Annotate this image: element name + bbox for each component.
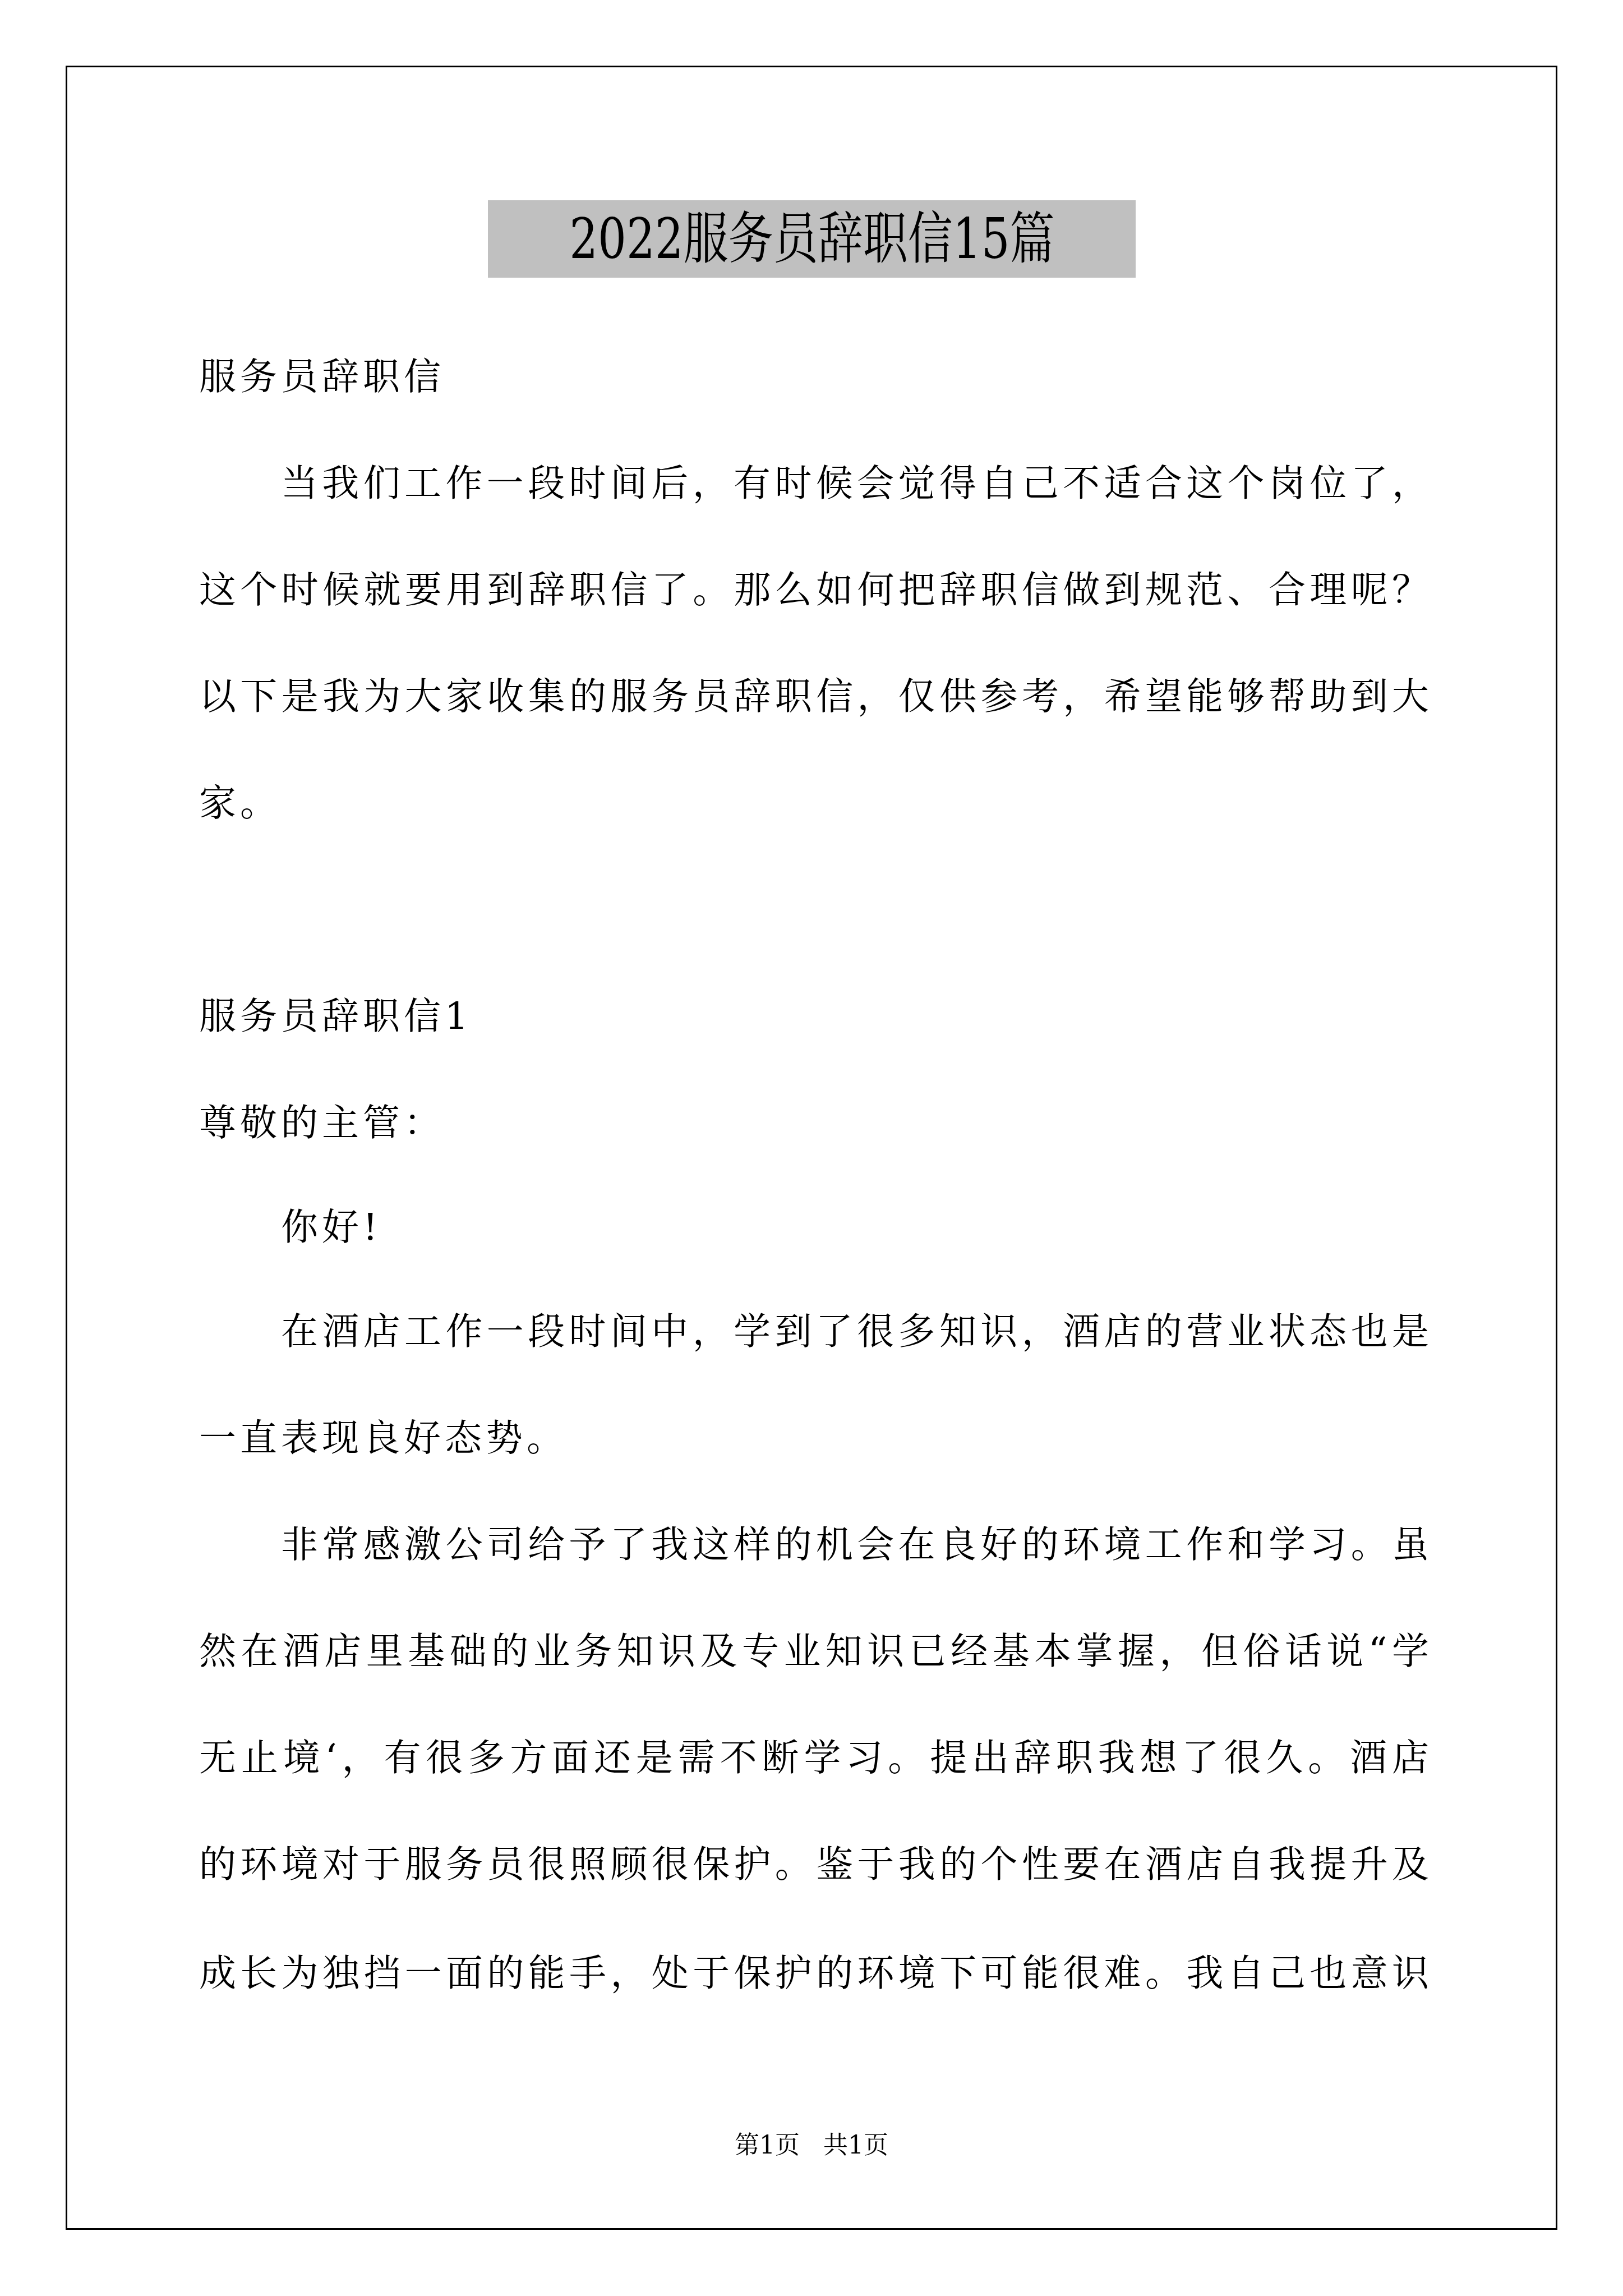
letter-paragraph-line: 的环境对于服务员很照顾很保护。鉴于我的个性要在酒店自我提升及 <box>199 1842 1433 1887</box>
letter-paragraph-line: 非常感激公司给予了我这样的机会在良好的环境工作和学习。虽 <box>281 1522 1433 1567</box>
intro-paragraph-line: 家。 <box>199 781 1433 826</box>
letter-paragraph-line: 无止境‘，有很多方面还是需不断学习。提出辞职我想了很久。酒店 <box>199 1736 1433 1780</box>
letter-heading: 服务员辞职信1 <box>199 994 1433 1039</box>
intro-paragraph-line: 当我们工作一段时间后，有时候会觉得自己不适合这个岗位了， <box>281 461 1433 506</box>
letter-paragraph-line: 然在酒店里基础的业务知识及专业知识已经基本掌握，但俗话说“学 <box>199 1629 1433 1674</box>
page-number-footer: 第1页 共1页 <box>0 2129 1623 2162</box>
intro-paragraph-line: 以下是我为大家收集的服务员辞职信，仅供参考，希望能够帮助到大 <box>199 674 1433 719</box>
letter-paragraph-line: 成长为独挡一面的能手，处于保护的环境下可能很难。我自己也意识 <box>199 1951 1433 1996</box>
letter-greeting: 你好! <box>281 1205 1515 1250</box>
intro-paragraph-line: 这个时候就要用到辞职信了。那么如何把辞职信做到规范、合理呢？ <box>199 568 1433 613</box>
letter-salutation: 尊敬的主管： <box>199 1101 1433 1145</box>
letter-paragraph-line: 一直表现良好态势。 <box>199 1416 1433 1461</box>
document-title: 2022服务员辞职信15篇 <box>488 200 1136 278</box>
intro-heading: 服务员辞职信 <box>199 355 1433 399</box>
letter-paragraph-line: 在酒店工作一段时间中，学到了很多知识，酒店的营业状态也是 <box>281 1309 1433 1354</box>
document-title-text: 2022服务员辞职信15篇 <box>569 200 1054 278</box>
